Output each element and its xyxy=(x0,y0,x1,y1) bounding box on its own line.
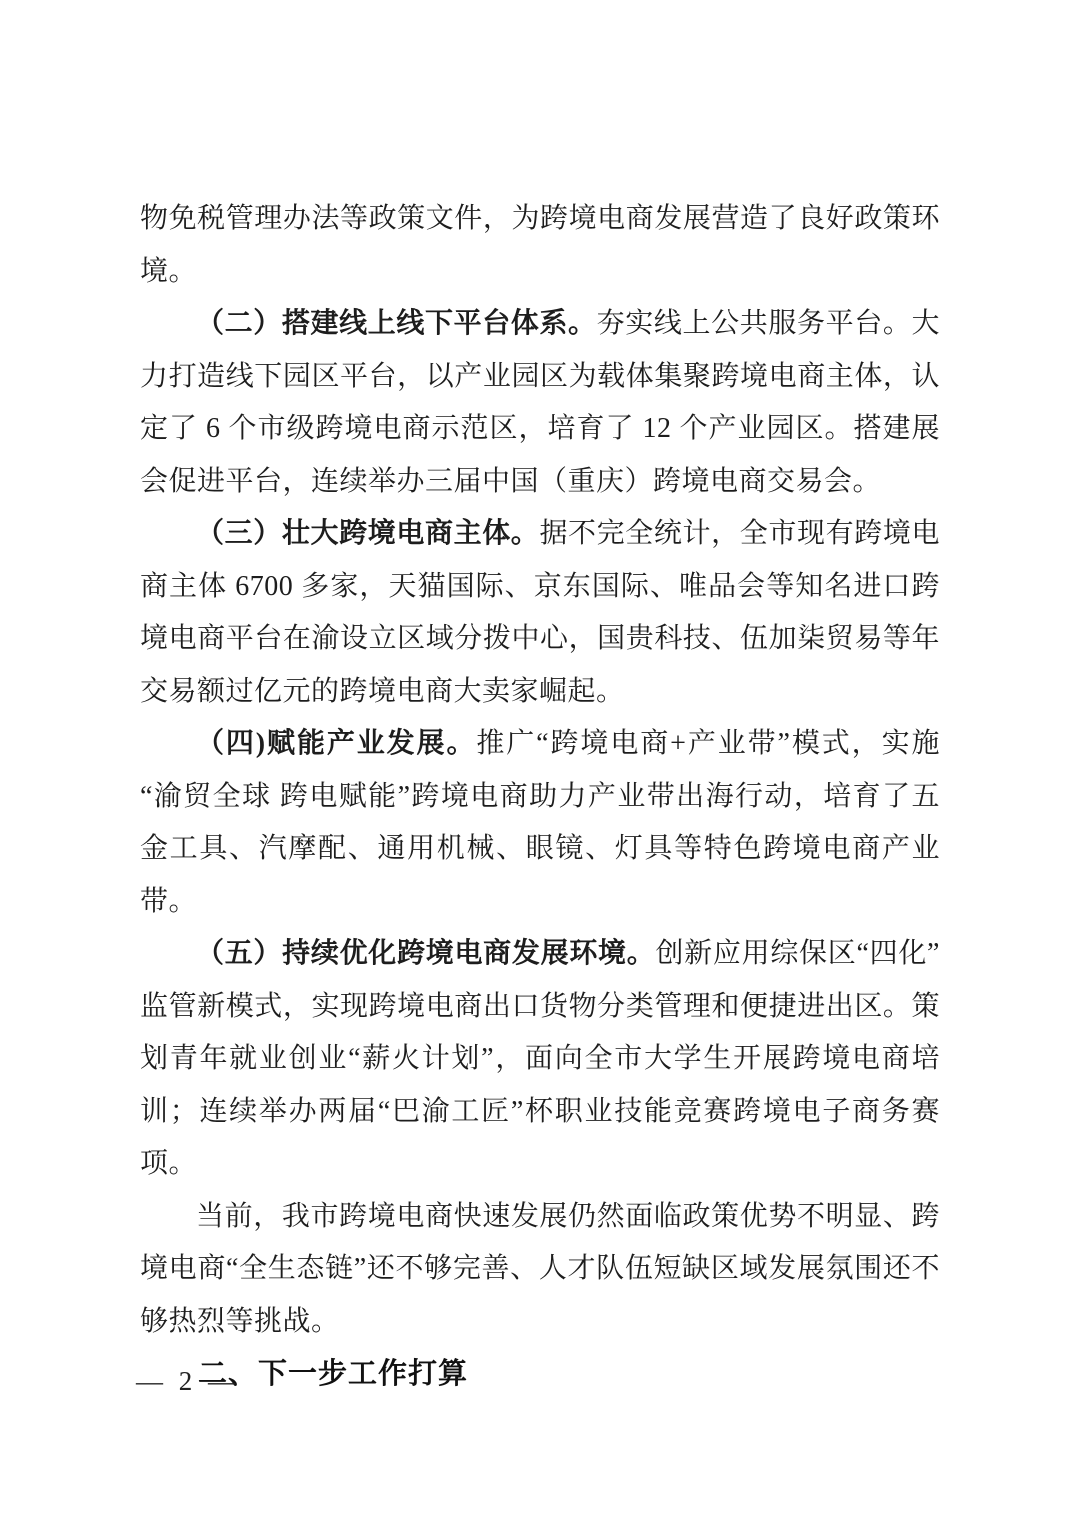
document-page: 物免税管理办法等政策文件，为跨境电商发展营造了良好政策环境。 （二）搭建线上线下… xyxy=(0,0,1074,1520)
page-number: — 2 — xyxy=(136,1366,235,1397)
paragraph-lead: （四)赋能产业发展。 xyxy=(196,728,476,759)
paragraph-challenges: 当前，我市跨境电商快速发展仍然面临政策优势不明显、跨境电商“全生态链”还不够完善… xyxy=(140,1191,940,1349)
paragraph-continuation: 物免税管理办法等政策文件，为跨境电商发展营造了良好政策环境。 xyxy=(140,193,940,298)
paragraph-lead: （二）搭建线上线下平台体系。 xyxy=(196,308,597,339)
paragraph-lead: （三）壮大跨境电商主体。 xyxy=(196,518,539,549)
paragraph-section-5: （五）持续优化跨境电商发展环境。创新应用综保区“四化”监管新模式，实现跨境电商出… xyxy=(140,928,940,1191)
paragraph-section-3: （三）壮大跨境电商主体。据不完全统计，全市现有跨境电商主体 6700 多家，天猫… xyxy=(140,508,940,718)
paragraph-text: 创新应用综保区“四化”监管新模式，实现跨境电商出口货物分类管理和便捷进出区。策划… xyxy=(140,938,940,1179)
document-body: 物免税管理办法等政策文件，为跨境电商发展营造了良好政策环境。 （二）搭建线上线下… xyxy=(140,193,940,1401)
section-heading: 二、下一步工作打算 xyxy=(140,1348,940,1401)
paragraph-section-2: （二）搭建线上线下平台体系。夯实线上公共服务平台。大力打造线下园区平台，以产业园… xyxy=(140,298,940,508)
paragraph-text: 物免税管理办法等政策文件，为跨境电商发展营造了良好政策环境。 xyxy=(140,203,940,287)
paragraph-section-4: （四)赋能产业发展。推广“跨境电商+产业带”模式，实施“渝贸全球 跨电赋能”跨境… xyxy=(140,718,940,928)
paragraph-lead: （五）持续优化跨境电商发展环境。 xyxy=(196,938,655,969)
paragraph-text: 当前，我市跨境电商快速发展仍然面临政策优势不明显、跨境电商“全生态链”还不够完善… xyxy=(140,1201,940,1337)
